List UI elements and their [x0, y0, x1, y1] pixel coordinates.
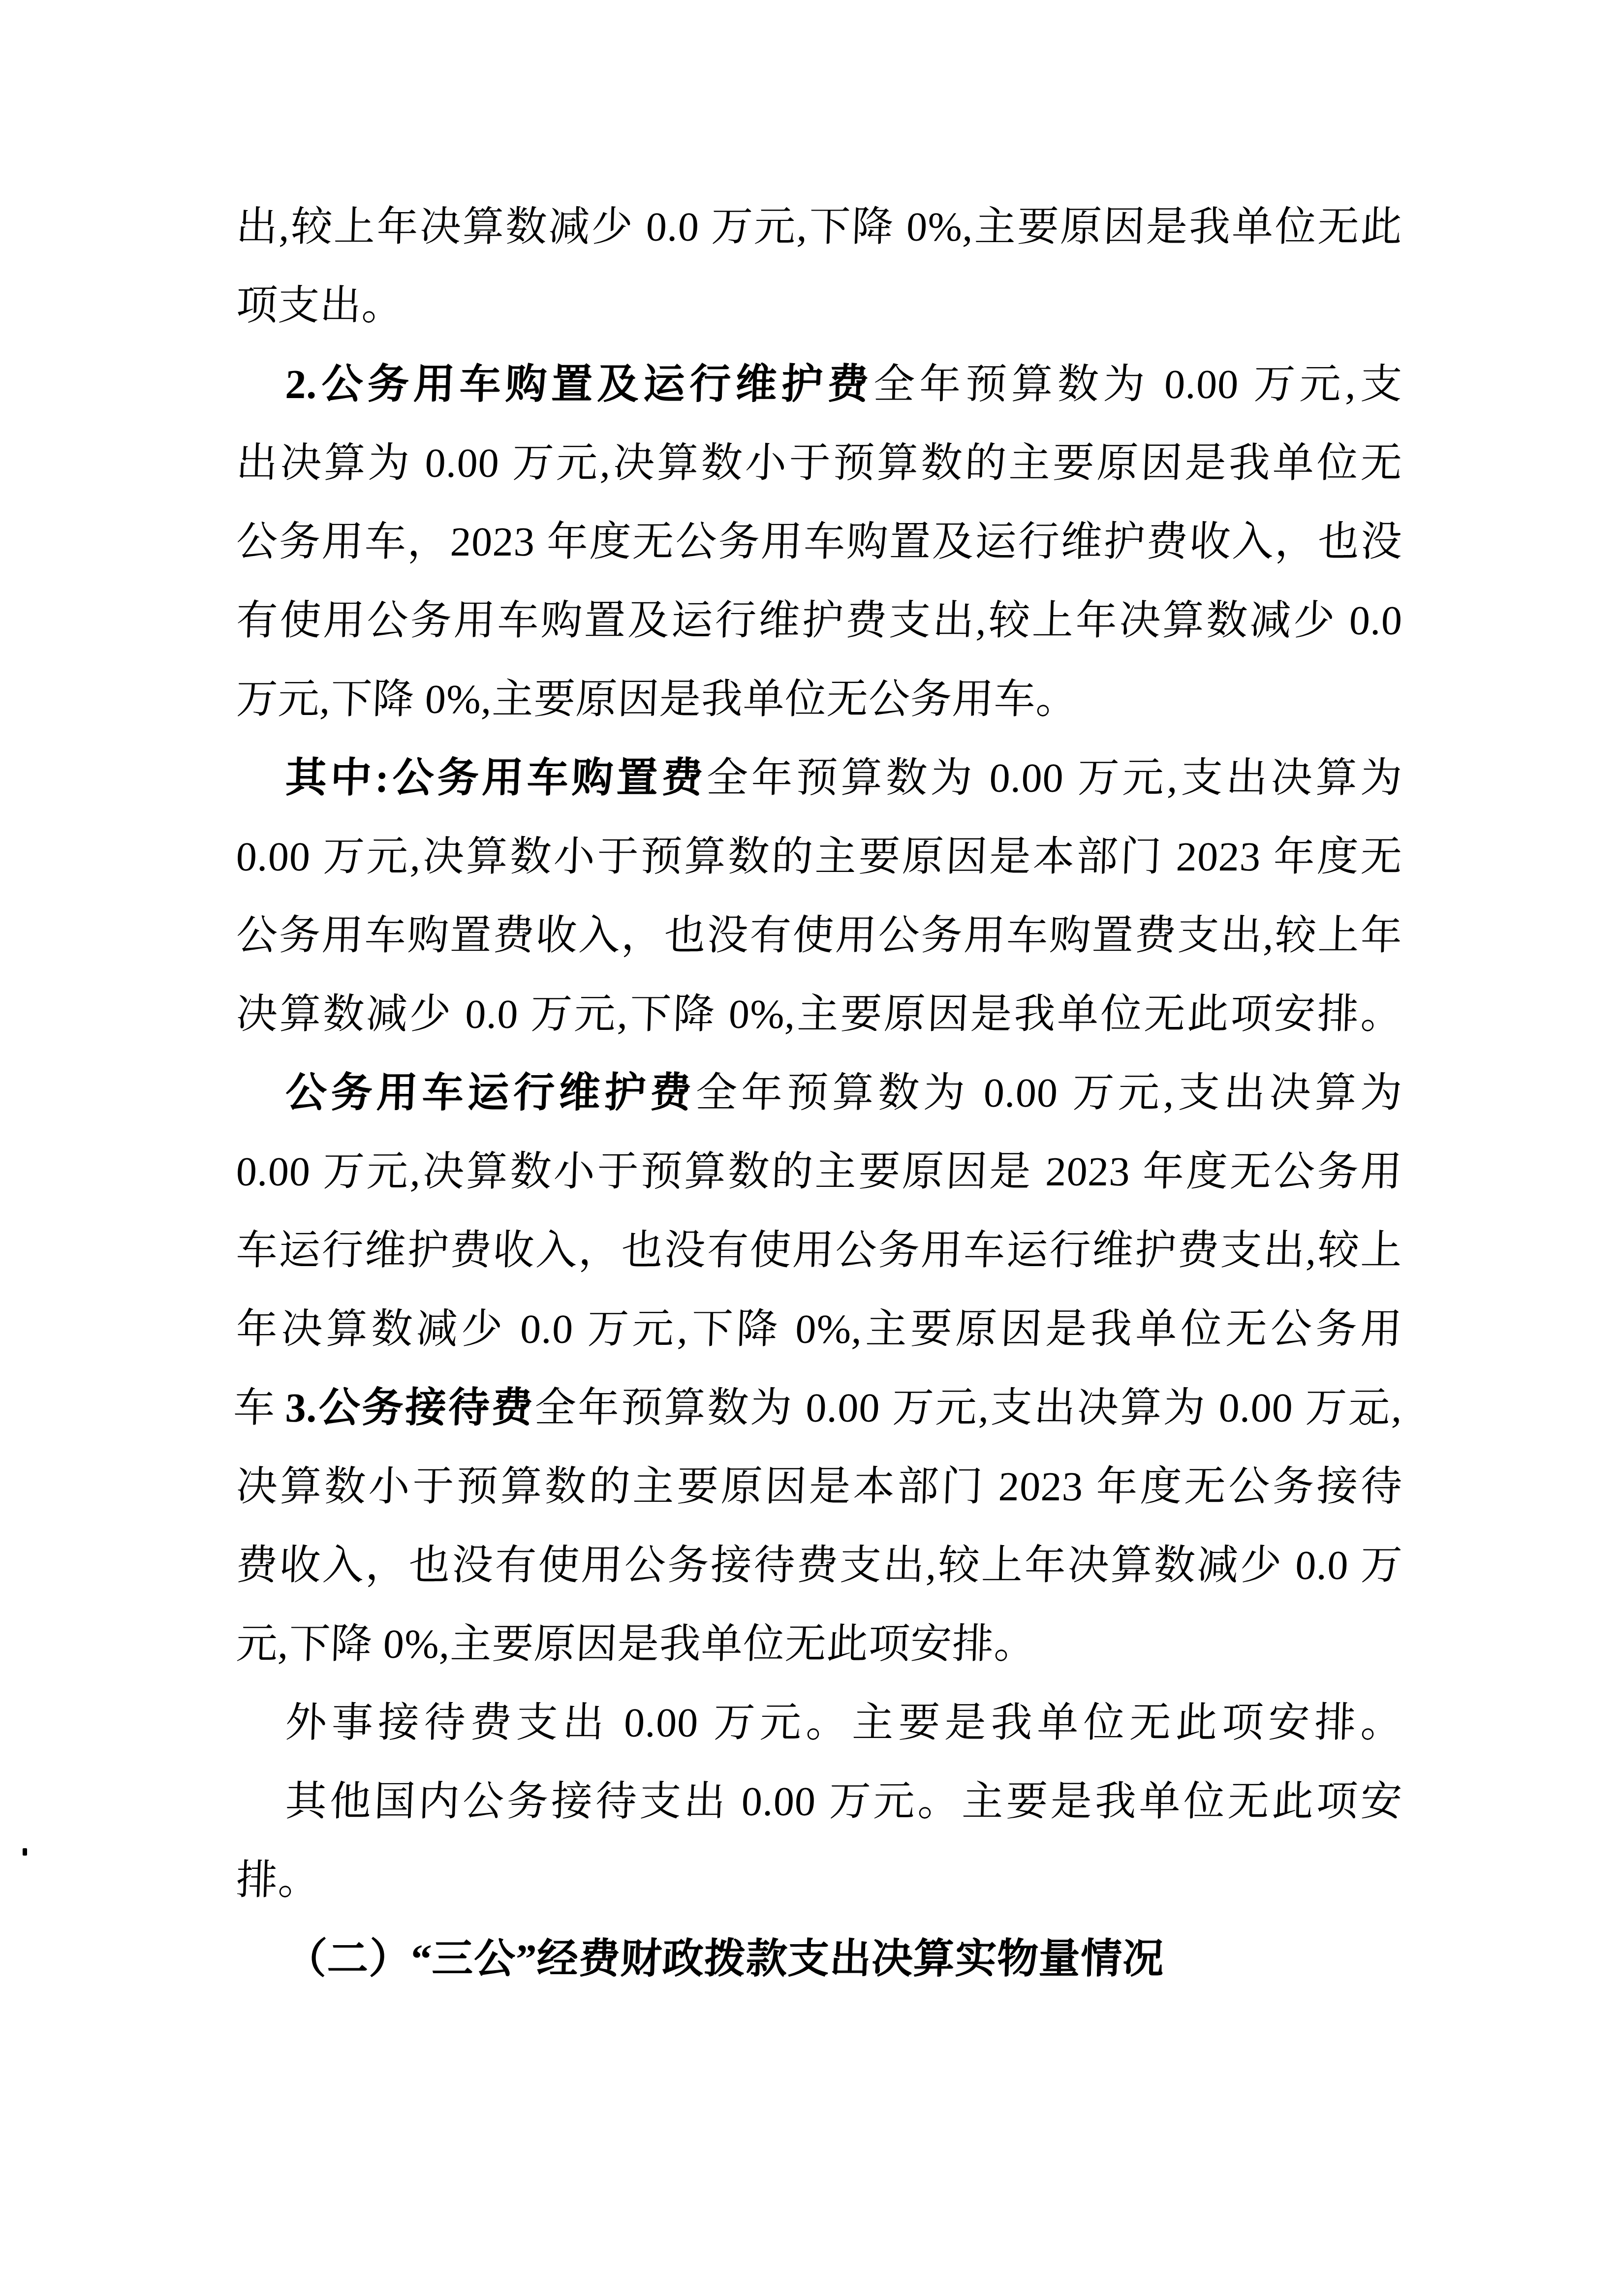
line-text: 0.00 万元,决算数小于预算数的主要原因是本部门 2023 年度无: [235, 834, 1403, 880]
heading-text: （二）“三公”经费财政拨款支出决算实物量情况: [284, 1936, 1165, 1982]
text-line: 元,下降 0%,主要原因是我单位无此项安排。: [235, 1605, 1404, 1684]
section-heading: （二）“三公”经费财政拨款支出决算实物量情况: [235, 1920, 1404, 1999]
text-line: 公务用车购置费收入，也没有使用公务用车购置费支出,较上年: [235, 897, 1404, 975]
text-line: 出,较上年决算数减少 0.0 万元,下降 0%,主要原因是我单位无此: [235, 188, 1404, 267]
text-line: 万元,下降 0%,主要原因是我单位无公务用车。: [235, 660, 1404, 739]
line-text: 费收入，也没有使用公务接待费支出,较上年决算数减少 0.0 万: [235, 1543, 1403, 1588]
line-text: 公务用车，2023 年度无公务用车购置及运行维护费收入，也没: [235, 519, 1403, 565]
line-text: 其他国内公务接待支出 0.00 万元。主要是我单位无此项安: [284, 1779, 1403, 1825]
line-text: 万元,下降 0%,主要原因是我单位无公务用车。: [235, 677, 1078, 722]
text-line: 决算数减少 0.0 万元,下降 0%,主要原因是我单位无此项安排。: [235, 975, 1404, 1054]
line-text: 车运行维护费收入，也没有使用公务用车运行维护费支出,较上: [235, 1228, 1403, 1273]
line-text: 公务用车购置费收入，也没有使用公务用车购置费支出,较上年: [235, 913, 1403, 959]
bold-lead: 其中:公务用车购置费: [284, 755, 707, 801]
scan-artifact-dot: [23, 1848, 27, 1856]
text-line: 项支出。: [235, 267, 1404, 345]
document-page: 出,较上年决算数减少 0.0 万元,下降 0%,主要原因是我单位无此 项支出。 …: [0, 0, 1619, 2296]
line-text: 外事接待费支出 0.00 万元。主要是我单位无此项安排。: [284, 1700, 1403, 1746]
line-text: 决算数小于预算数的主要原因是本部门 2023 年度无公务接待: [235, 1464, 1403, 1510]
text-line: 2.公务用车购置及运行维护费全年预算数为 0.00 万元,支: [235, 345, 1404, 424]
text-line: 3.公务接待费全年预算数为 0.00 万元,支出决算为 0.00 万元,: [235, 1369, 1404, 1448]
text-line: 公务用车，2023 年度无公务用车购置及运行维护费收入，也没: [235, 503, 1404, 582]
text-line: 0.00 万元,决算数小于预算数的主要原因是本部门 2023 年度无: [235, 818, 1404, 897]
text-line: 其中:公务用车购置费全年预算数为 0.00 万元,支出决算为: [235, 739, 1404, 818]
line-text: 元,下降 0%,主要原因是我单位无此项安排。: [235, 1621, 1036, 1667]
text-line: 有使用公务用车购置及运行维护费支出,较上年决算数减少 0.0: [235, 582, 1404, 660]
document-text: 出,较上年决算数减少 0.0 万元,下降 0%,主要原因是我单位无此 项支出。 …: [236, 188, 1402, 1999]
line-text: 全年预算数为 0.00 万元,支出决算为 0.00 万元,: [534, 1385, 1403, 1431]
line-text: 出,较上年决算数减少 0.0 万元,下降 0%,主要原因是我单位无此: [235, 204, 1403, 250]
text-line: 车运行维护费收入，也没有使用公务用车运行维护费支出,较上: [235, 1211, 1404, 1290]
text-line: 年决算数减少 0.0 万元,下降 0%,主要原因是我单位无公务用车。: [235, 1290, 1404, 1369]
text-line: 公务用车运行维护费全年预算数为 0.00 万元,支出决算为: [235, 1054, 1404, 1133]
bold-lead: 公务用车运行维护费: [284, 1070, 696, 1116]
line-text: 排。: [235, 1858, 320, 1903]
text-line: 外事接待费支出 0.00 万元。主要是我单位无此项安排。: [235, 1684, 1404, 1763]
line-text: 决算数减少 0.0 万元,下降 0%,主要原因是我单位无此项安排。: [235, 992, 1403, 1037]
line-text: 0.00 万元,决算数小于预算数的主要原因是 2023 年度无公务用: [235, 1149, 1403, 1195]
text-line: 决算数小于预算数的主要原因是本部门 2023 年度无公务接待: [235, 1448, 1404, 1526]
line-text: 项支出。: [235, 283, 404, 329]
text-line: 0.00 万元,决算数小于预算数的主要原因是 2023 年度无公务用: [235, 1133, 1404, 1211]
bold-lead: 3.公务接待费: [284, 1385, 535, 1431]
bold-lead: 2.公务用车购置及运行维护费: [284, 362, 874, 407]
line-text: 全年预算数为 0.00 万元,支出决算为: [695, 1070, 1403, 1116]
line-text: 有使用公务用车购置及运行维护费支出,较上年决算数减少 0.0: [235, 598, 1403, 644]
text-line: 出决算为 0.00 万元,决算数小于预算数的主要原因是我单位无: [235, 424, 1404, 503]
text-line: 其他国内公务接待支出 0.00 万元。主要是我单位无此项安: [235, 1763, 1404, 1841]
text-line: 排。: [235, 1841, 1404, 1920]
line-text: 全年预算数为 0.00 万元,支: [872, 362, 1403, 407]
text-line: 费收入，也没有使用公务接待费支出,较上年决算数减少 0.0 万: [235, 1526, 1404, 1605]
line-text: 出决算为 0.00 万元,决算数小于预算数的主要原因是我单位无: [235, 440, 1403, 486]
line-text: 全年预算数为 0.00 万元,支出决算为: [706, 755, 1403, 801]
